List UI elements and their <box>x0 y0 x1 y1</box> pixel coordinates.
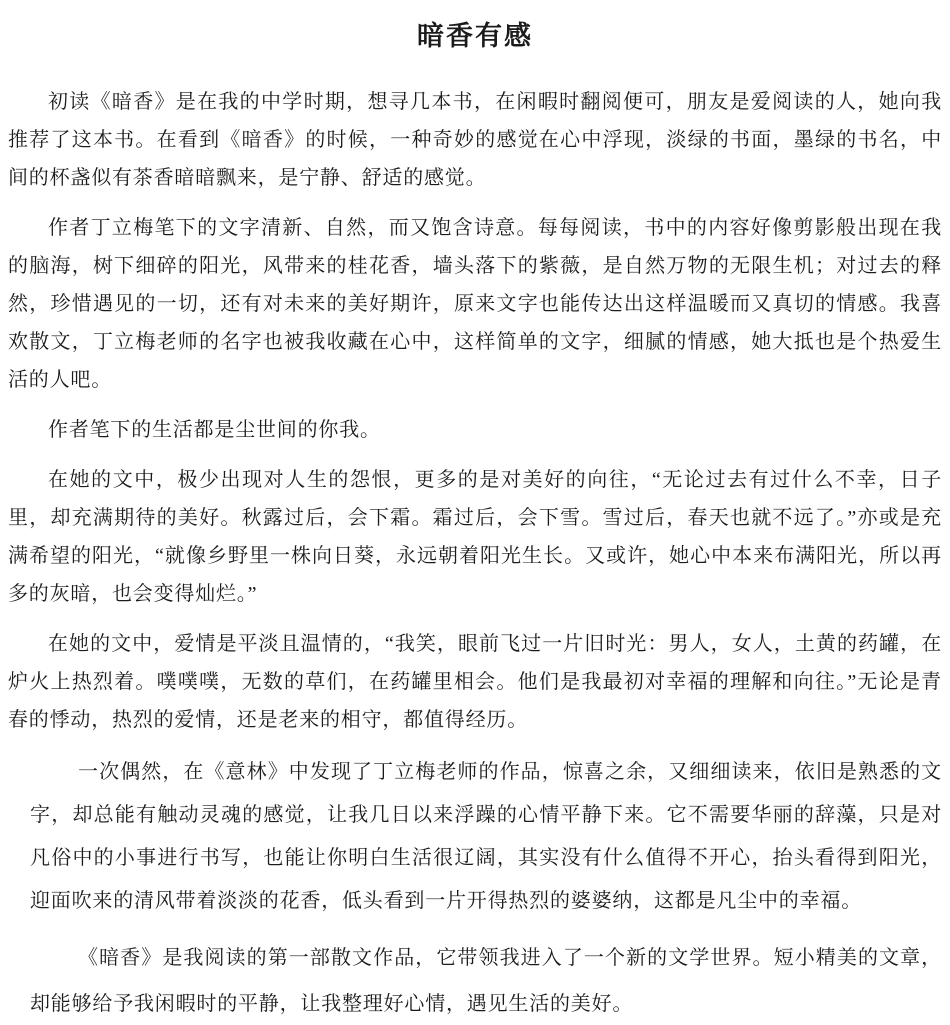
paragraph-hope-quotes: 在她的文中，极少出现对人生的怨恨，更多的是对美好的向往，“无论过去有过什么不幸，… <box>8 461 942 613</box>
paragraph-love-quotes: 在她的文中，爱情是平淡且温情的，“我笑，眼前飞过一片旧时光：男人，女人，土黄的药… <box>8 625 942 739</box>
document-page: 暗香有感 初读《暗香》是在我的中学时期，想寻几本书，在闲暇时翻阅便可，朋友是爱阅… <box>0 0 950 1025</box>
paragraph-author-style: 作者丁立梅笔下的文字清新、自然，而又饱含诗意。每每阅读，书中的内容好像剪影般出现… <box>8 209 942 399</box>
paragraph-intro: 初读《暗香》是在我的中学时期，想寻几本书，在闲暇时翻阅便可，朋友是爱阅读的人，她… <box>8 83 942 197</box>
document-title: 暗香有感 <box>8 14 942 53</box>
paragraph-conclusion: 《暗香》是我阅读的第一部散文作品，它带领我进入了一个新的文学世界。短小精美的文章… <box>30 935 942 1025</box>
paragraph-life-statement: 作者笔下的生活都是尘世间的你我。 <box>8 411 942 449</box>
paragraph-yilin-discovery: 一次偶然，在《意林》中发现了丁立梅老师的作品，惊喜之余，又细细读来，依旧是熟悉的… <box>30 751 942 923</box>
